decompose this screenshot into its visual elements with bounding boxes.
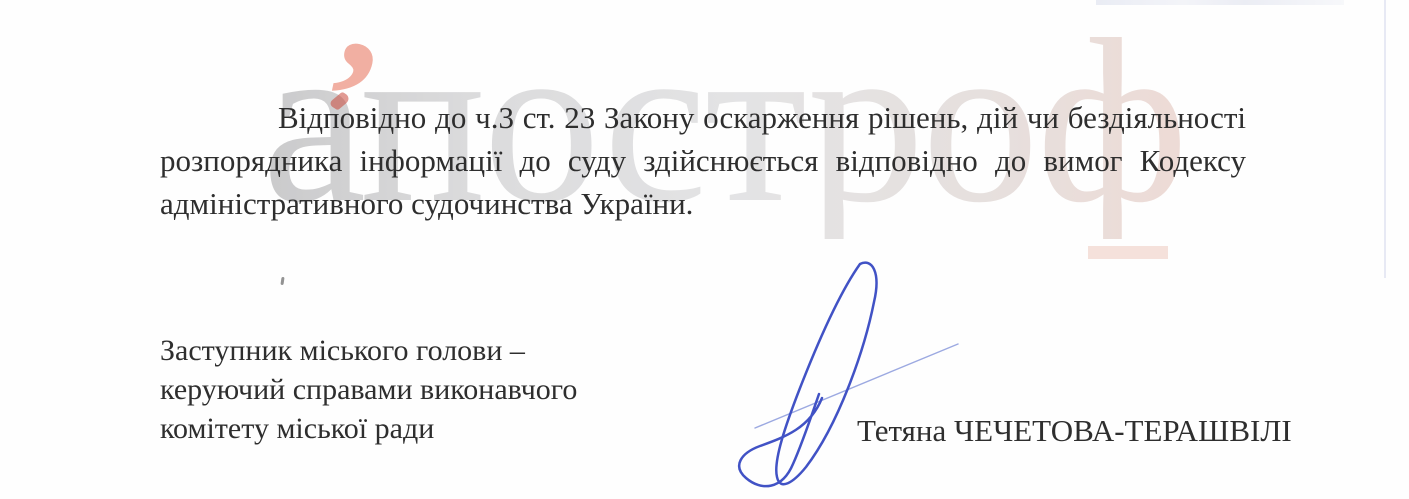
paragraph: Відповідно до ч.3 ст. 23 Закону оскаржен… — [160, 96, 1246, 225]
watermark-foot-mark — [1088, 246, 1168, 259]
handwritten-signature-icon — [690, 250, 980, 499]
paragraph-line: адміністративного судочинства України. — [160, 182, 1246, 225]
paragraph-line: розпорядника інформації до суду здійснює… — [160, 139, 1246, 182]
scan-cutoff-strip — [1096, 0, 1344, 5]
scan-edge-line — [1384, 0, 1386, 278]
document-page: апостроф ’ Відповідно до ч.3 ст. 23 Зако… — [0, 0, 1409, 499]
signer-title-line: комітету міської ради — [160, 409, 577, 448]
scan-speck — [280, 277, 284, 285]
signer-title-line: Заступник міського голови – — [160, 331, 577, 370]
paragraph-line: Відповідно до ч.3 ст. 23 Закону оскаржен… — [160, 96, 1246, 139]
signer-title-line: керуючий справами виконавчого — [160, 370, 577, 409]
signer-title-block: Заступник міського голови – керуючий спр… — [160, 331, 577, 448]
